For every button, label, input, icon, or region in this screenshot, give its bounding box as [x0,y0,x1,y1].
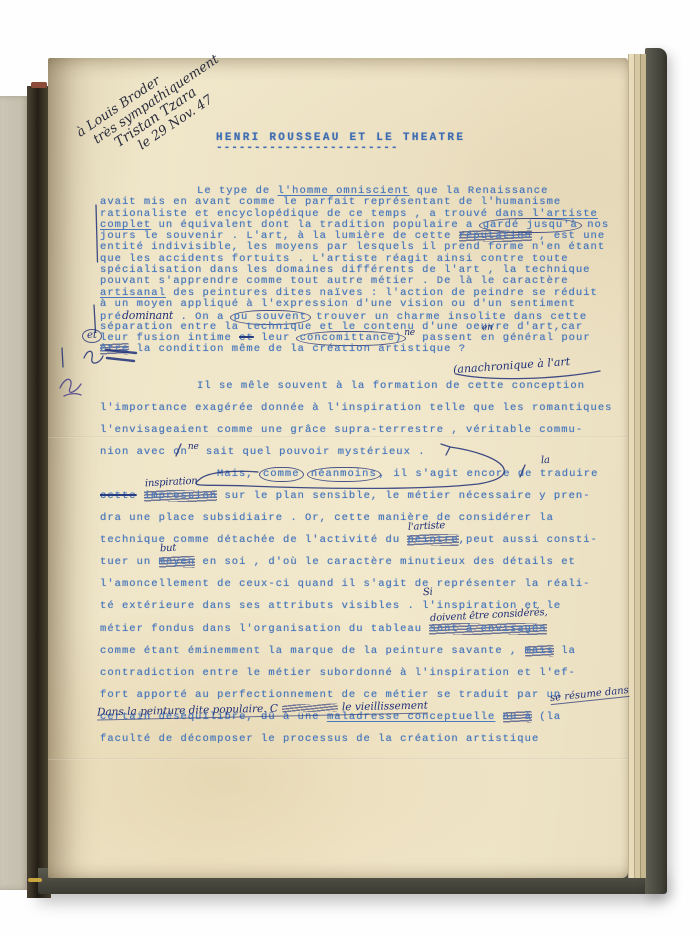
typed-line: métier fondus dans l'organisation du tab… [100,624,625,646]
typed-text: l'envisageaient comme une grâce supra-te… [100,424,583,436]
margin-insert-et: et [82,329,102,343]
typed-text: té extérieure dans ses attributs visible… [100,600,422,612]
spine-headband [31,82,47,88]
facing-page-edge [0,96,30,890]
margin-pen-stroke [96,205,98,262]
handwritten-insert: ne [188,442,199,452]
typed-line: tuer un moyenbut en soi , d'où le caract… [100,557,625,579]
typed-text: sait quel pouvoir mystérieux . [199,446,426,458]
typed-line: pouvant s'apprendre comme tout autre mét… [100,276,625,287]
typed-text: l'importance exagérée donnée à l'inspira… [100,402,612,414]
typed-text [137,490,144,502]
margin-scribble [60,379,81,396]
typed-text: être [100,343,129,355]
typed-line: Il se mêle souvent à la formation de cet… [100,381,625,403]
typed-text: la condition même de la création artisti… [129,343,466,355]
typed-text: technique comme détachée de l'activité d… [100,534,407,546]
typed-text: sont à envisagésdoivent être considérés, [429,623,546,635]
page-stack-edge [640,54,646,878]
typed-text: traduirela [540,468,599,480]
typed-text: ou à [503,711,532,723]
typed-text: sur le plan sensible, le métier nécessai… [217,490,590,502]
typed-text: tuer un [100,556,159,568]
typed-text: pouvant s'apprendre comme tout autre mét… [100,275,569,287]
typed-text: impressioninspiration [144,490,217,502]
handwritten-correction: en [482,324,493,334]
interline-note-text: Dans la peinture dite populaire. C [97,703,278,719]
typed-text: fort apporté au perfectionnement de ce m… [100,689,561,701]
typed-line: l'envisageaient comme une grâce supra-te… [100,425,625,447]
paper-crease [48,758,628,760]
typed-text: contradiction entre le métier subordonné… [100,667,576,679]
typed-text [495,711,502,723]
typed-text: des peintures dites naïves : l'action de… [166,287,598,299]
gilt-speck [28,878,42,882]
typed-text: peintrel'artiste [407,534,458,546]
typed-line: technique comme détachée de l'activité d… [100,535,625,557]
handwritten-correction: but [159,544,176,555]
typed-text: mais [525,645,554,657]
manuscript-page: à Louis Broder très sympathiquement Tris… [48,58,628,878]
typed-text: avait mis en avant comme le parfait repr… [100,196,561,208]
margin-pen-stroke [94,305,96,332]
typed-text: que les accidents fortuits . L'artiste r… [100,253,569,265]
typed-line: comme étant éminemment la marque de la p… [100,646,625,668]
typed-text: ,peut aussi consti- [459,534,598,546]
typed-text: en général pouren [481,332,591,344]
photo-backdrop: { "photo": {"backdrop_color": "#fefefe"}… [0,0,700,936]
typed-line: dra une place subsidiaire . Or, cette ma… [100,513,625,535]
typed-line: être la condition même de la création ar… [100,344,625,355]
typed-line: contradiction entre le métier subordonné… [100,668,625,690]
typed-text: artisanal [100,287,166,299]
typed-text: comme [259,467,304,482]
typed-text: métier fondus dans l'organisation du tab… [100,623,429,635]
typed-text: Mais, [217,468,261,480]
typed-text: Il se mêle souvent à la formation de cet… [197,380,585,392]
typed-line: à un moyen appliqué à l'expression d'une… [100,299,625,310]
handwritten-dedication: à Louis Broder très sympathiquement Tris… [74,40,239,178]
typed-line: l'importance exagérée donnée à l'inspira… [100,403,625,425]
typed-paragraph-1: Le type de l'homme omniscient que la Ren… [100,186,625,355]
typed-text: faculté de décomposer le processus de la… [100,733,539,745]
typed-paragraph-2: Il se mêle souvent à la formation de cet… [100,381,625,756]
typed-line: l'amoncellement de ceux-ci quand il s'ag… [100,579,625,601]
typed-line: avait mis en avant comme le parfait repr… [100,197,625,208]
typed-text: dra une place subsidiaire . Or, cette ma… [100,512,554,524]
typed-line: prédominant . On a pu souvent trouver un… [100,310,625,321]
typed-text: en soi , d'où le caractère minutieux des… [195,556,576,568]
typed-text: cette [100,490,137,502]
margin-note-anachronique: (anachronique à l'art [453,355,571,376]
typed-text: comme étant éminemment la marque de la p… [100,645,525,657]
typed-text: la [554,645,576,657]
typed-text: , il s'agit encore de [379,468,540,480]
typed-text: moyenbut [159,556,196,568]
margin-pen-stroke [62,348,63,367]
typed-text: entité indivisible, les moyens par lesqu… [100,241,605,253]
handwritten-correction: la [541,456,550,466]
title-underline: ------------------------ [216,142,398,154]
book-cover-right [645,48,667,894]
typed-text: nion avec on [100,446,188,458]
manuscript-book: à Louis Broder très sympathiquement Tris… [0,40,672,906]
struck-word-scribble [282,703,338,712]
handwritten-insert: ne [404,328,415,338]
typed-line: cette impressioninspiration sur le plan … [100,491,625,513]
typed-text: l'amoncellement de ceux-ci quand il s'ag… [100,578,591,590]
interline-note-text: le vieillissement [342,700,428,714]
typed-text: (la [532,711,561,723]
handwritten-correction: Si [423,588,433,598]
typed-line: faculté de décomposer le processus de la… [100,734,625,756]
typed-text: rationaliste et encyclopédique de ce tem… [100,208,532,220]
typed-text: néanmoins [307,467,381,482]
